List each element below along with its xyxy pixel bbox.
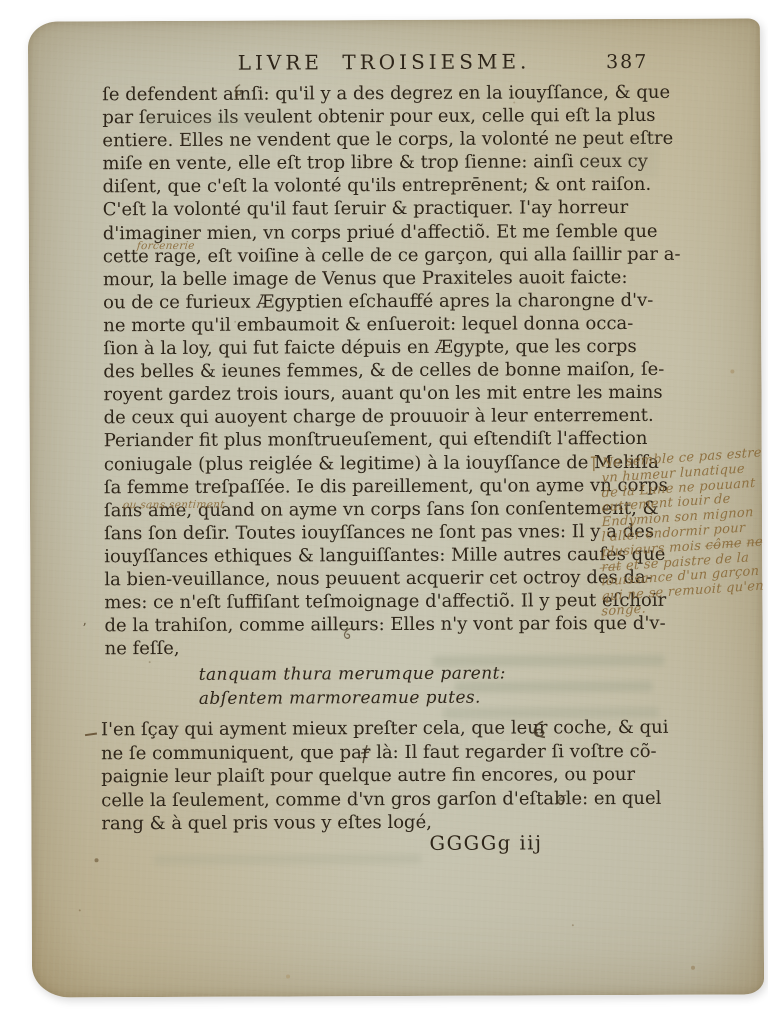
bleed-through-text xyxy=(154,854,422,865)
signature-mark: GGGGg iij xyxy=(429,831,542,854)
body-text-line: ſe defendent ainſi: qu'il y a des degrez… xyxy=(102,81,668,107)
body-text-line: de la trahiſon, comme ailleurs: Elles n'… xyxy=(104,612,670,638)
margin-annotation: Ne semble ce pas estrevn humeur lunatiqu… xyxy=(601,443,768,620)
bleed-through-text xyxy=(433,655,665,667)
closing-paragraph-line: rang & à quel pris vous y eſtes logé, xyxy=(101,810,671,836)
body-text-line: royent gardez trois iours, auant qu'on l… xyxy=(103,381,669,407)
body-text-line: la bien-veuillance, nous peuuent acqueri… xyxy=(104,566,670,592)
closing-paragraph: I'en ſçay qui ayment mieux preſter cela,… xyxy=(101,716,672,836)
bleed-through-text xyxy=(588,139,658,179)
closing-paragraph-line: paignie leur plaiſt pour quelque autre f… xyxy=(101,763,671,789)
body-text-line: diſent, que c'eſt la volonté qu'ils entr… xyxy=(103,173,669,199)
body-text-line: C'eſt la volonté qu'il faut ſeruir & pra… xyxy=(103,196,669,222)
body-text-line: ſa femme treſpaſſée. Ie dis pareillement… xyxy=(104,473,670,499)
body-text-line: ſans ſon deſir. Toutes iouyſſances ne ſo… xyxy=(104,520,670,546)
bleed-through-text xyxy=(455,681,653,693)
body-text-line: entiere. Elles ne vendent que le corps, … xyxy=(102,127,668,153)
running-title: LIVRE TROISIESME. xyxy=(103,49,665,75)
book-page-scan: LIVRE TROISIESME. 387 ſe defendent ainſi… xyxy=(28,18,764,997)
bleed-through-text xyxy=(443,707,659,719)
body-text-line: mes: ce n'eſt ſuffiſant teſmoignage d'af… xyxy=(104,589,670,615)
body-text-line: de ceux qui auoyent charge de prouuoir à… xyxy=(104,404,670,430)
body-text-line: Periander fit plus monſtrueuſement, qui … xyxy=(104,427,670,453)
interlinear-annotation-2: ou sans sentiment xyxy=(122,499,225,511)
body-text-line: iouyſſances ethiques & languiſſantes: Mi… xyxy=(104,543,670,569)
closing-paragraph-line: celle la ſeulement, comme d'vn gros garſ… xyxy=(101,786,671,812)
interlinear-annotation-1: forcenerie xyxy=(136,240,195,252)
body-text-line: mour, la belle image de Venus que Praxit… xyxy=(103,266,669,292)
closing-paragraph-line: ne ſe communiquent, que par là: Il faut … xyxy=(101,739,671,765)
closing-paragraph-line: I'en ſçay qui ayment mieux preſter cela,… xyxy=(101,716,671,742)
body-text-line: ſion à la loy, qui fut faicte dépuis en … xyxy=(103,335,669,361)
pen-tick-mark: ’ xyxy=(82,621,86,636)
body-text-line: ne morte qu'il embaumoit & enſueroit: le… xyxy=(103,312,669,338)
paper-specks xyxy=(28,22,30,24)
book-scan-photo: { "page": { "header": { "running_title":… xyxy=(0,0,768,1009)
body-text: ſe defendent ainſi: qu'il y a des degrez… xyxy=(102,81,671,661)
body-text-line: coniugale (plus reiglée & legitime) à la… xyxy=(104,450,670,476)
body-text-line: miſe en vente, elle eſt trop libre & tro… xyxy=(102,150,668,176)
body-text-line: ou de ce furieux Ægyptien eſchauffé apre… xyxy=(103,289,669,315)
page-number: 387 xyxy=(606,51,648,73)
body-text-line: des belles & ieunes femmes, & de celles … xyxy=(103,358,669,384)
margin-dash-mark xyxy=(85,732,97,736)
bleed-through-text xyxy=(146,117,264,131)
